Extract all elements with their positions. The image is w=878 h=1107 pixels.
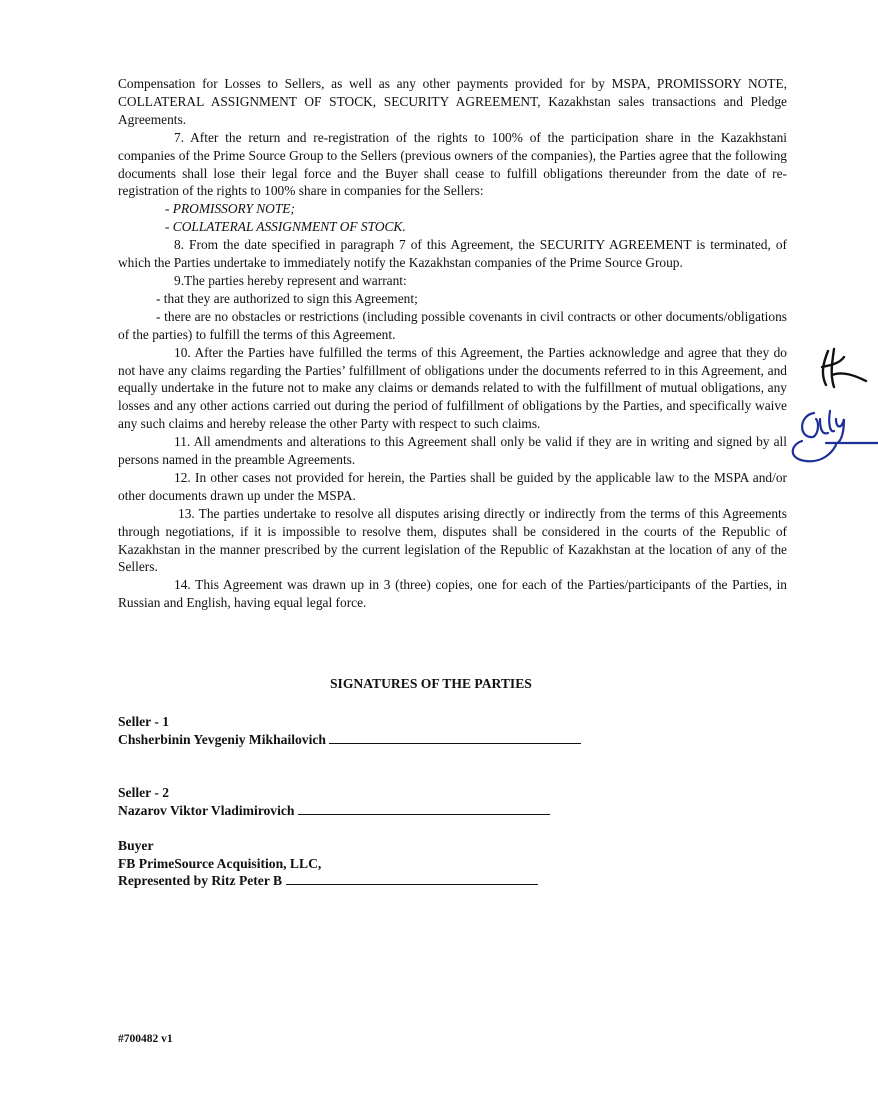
buyer-block: Buyer FB PrimeSource Acquisition, LLC, R…	[118, 837, 538, 890]
seller-1-block: Seller - 1 Chsherbinin Yevgeniy Mikhailo…	[118, 713, 581, 748]
signatures-heading: SIGNATURES OF THE PARTIES	[330, 676, 532, 692]
document-id: #700482 v1	[118, 1033, 173, 1045]
buyer-representative: Represented by Ritz Peter B	[118, 873, 282, 888]
buyer-company: FB PrimeSource Acquisition, LLC,	[118, 855, 538, 873]
paragraph-7-list-item: - COLLATERAL ASSIGNMENT OF STOCK.	[118, 218, 787, 236]
seller-2-label: Seller - 2	[118, 784, 550, 802]
paragraph-8: 8. From the date specified in paragraph …	[118, 236, 787, 272]
paragraph-12: 12. In other cases not provided for here…	[118, 469, 787, 505]
paragraph-9: 9.The parties hereby represent and warra…	[118, 272, 787, 290]
seller-1-name: Chsherbinin Yevgeniy Mikhailovich	[118, 732, 326, 747]
paragraph-9-item: - that they are authorized to sign this …	[118, 290, 787, 308]
seller-1-signature-line[interactable]	[329, 731, 581, 744]
seller-2-signature-line[interactable]	[298, 802, 550, 815]
paragraph-7-list-item: - PROMISSORY NOTE;	[118, 200, 787, 218]
buyer-signature-line[interactable]	[286, 872, 538, 885]
paragraph-11: 11. All amendments and alterations to th…	[118, 433, 787, 469]
paragraph-intro: Compensation for Losses to Sellers, as w…	[118, 75, 787, 129]
document-body: Compensation for Losses to Sellers, as w…	[118, 75, 787, 612]
seller-2-name: Nazarov Viktor Vladimirovich	[118, 803, 294, 818]
black-initials-icon	[814, 345, 874, 395]
paragraph-14: 14. This Agreement was drawn up in 3 (th…	[118, 576, 787, 612]
blue-initials-icon	[786, 405, 878, 467]
paragraph-13: 13. The parties undertake to resolve all…	[118, 505, 787, 577]
paragraph-10: 10. After the Parties have fulfilled the…	[118, 344, 787, 434]
paragraph-9-item: - there are no obstacles or restrictions…	[118, 308, 787, 344]
seller-2-block: Seller - 2 Nazarov Viktor Vladimirovich	[118, 784, 550, 819]
seller-1-label: Seller - 1	[118, 713, 581, 731]
buyer-label: Buyer	[118, 837, 538, 855]
paragraph-7: 7. After the return and re-registration …	[118, 129, 787, 201]
